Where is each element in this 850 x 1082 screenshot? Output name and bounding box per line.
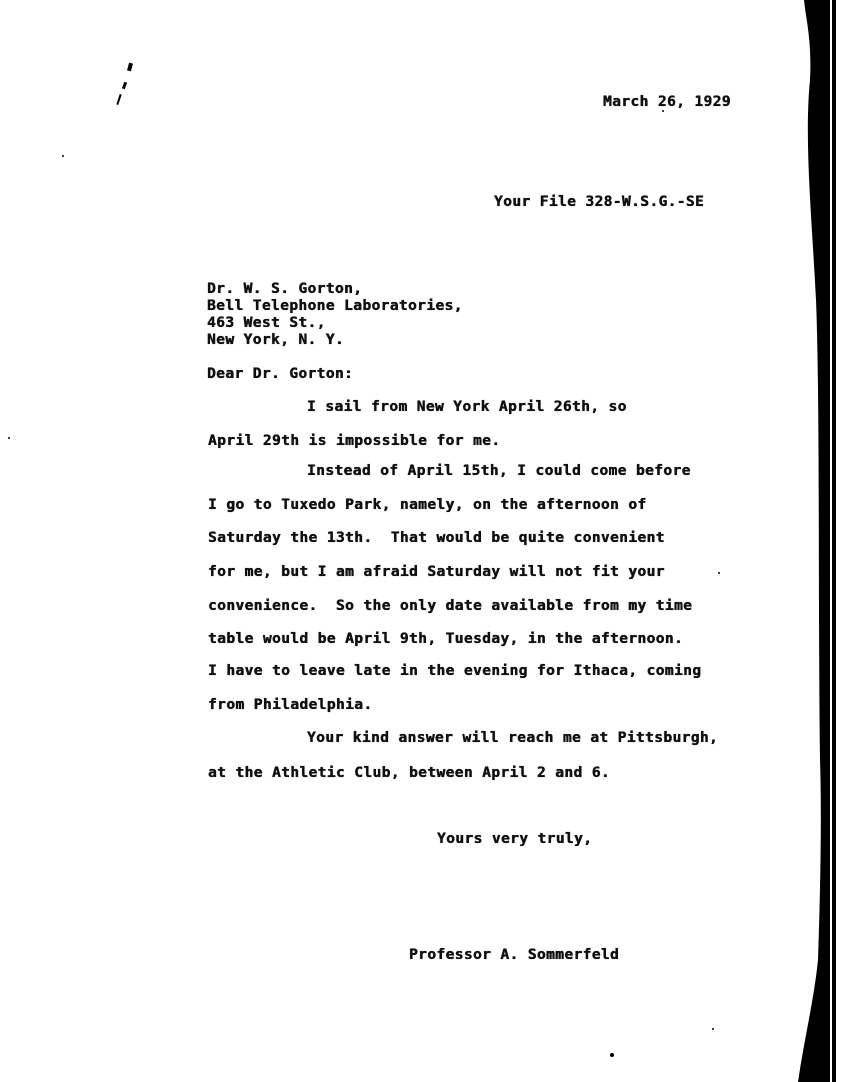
salutation: Dear Dr. Gorton: <box>207 365 353 382</box>
body-line: Instead of April 15th, I could come befo… <box>307 462 691 479</box>
body-line: Your kind answer will reach me at Pittsb… <box>307 729 718 746</box>
address-line: New York, N. Y. <box>207 331 344 348</box>
body-line: for me, but I am afraid Saturday will no… <box>208 563 665 580</box>
body-line: from Philadelphia. <box>208 696 372 713</box>
body-line: at the Athletic Club, between April 2 an… <box>208 764 610 781</box>
address-line: Dr. W. S. Gorton, <box>207 280 362 297</box>
body-line: I go to Tuxedo Park, namely, on the afte… <box>208 496 647 513</box>
body-line: I sail from New York April 26th, so <box>307 398 627 415</box>
scan-speck <box>662 110 664 112</box>
letter-page: March 26, 1929 Your File 328-W.S.G.-SE D… <box>0 0 850 1082</box>
letter-date: March 26, 1929 <box>603 93 731 110</box>
scan-speck <box>712 1028 714 1030</box>
closing: Yours very truly, <box>437 830 592 847</box>
signature: Professor A. Sommerfeld <box>409 946 619 963</box>
address-line: 463 West St., <box>207 314 326 331</box>
address-line: Bell Telephone Laboratories, <box>207 297 463 314</box>
margin-mark <box>127 63 133 72</box>
scan-speck <box>8 437 10 439</box>
body-line: April 29th is impossible for me. <box>208 432 500 449</box>
margin-mark <box>122 82 127 90</box>
body-line: convenience. So the only date available … <box>208 597 692 614</box>
scan-speck <box>610 1053 614 1057</box>
scan-edge-shadow <box>790 0 850 1082</box>
body-line: Saturday the 13th. That would be quite c… <box>208 529 665 546</box>
margin-mark <box>116 94 121 105</box>
scan-speck <box>62 155 64 157</box>
body-line: table would be April 9th, Tuesday, in th… <box>208 630 683 647</box>
scan-speck <box>718 572 720 574</box>
body-line: I have to leave late in the evening for … <box>208 662 701 679</box>
file-reference: Your File 328-W.S.G.-SE <box>494 193 704 210</box>
